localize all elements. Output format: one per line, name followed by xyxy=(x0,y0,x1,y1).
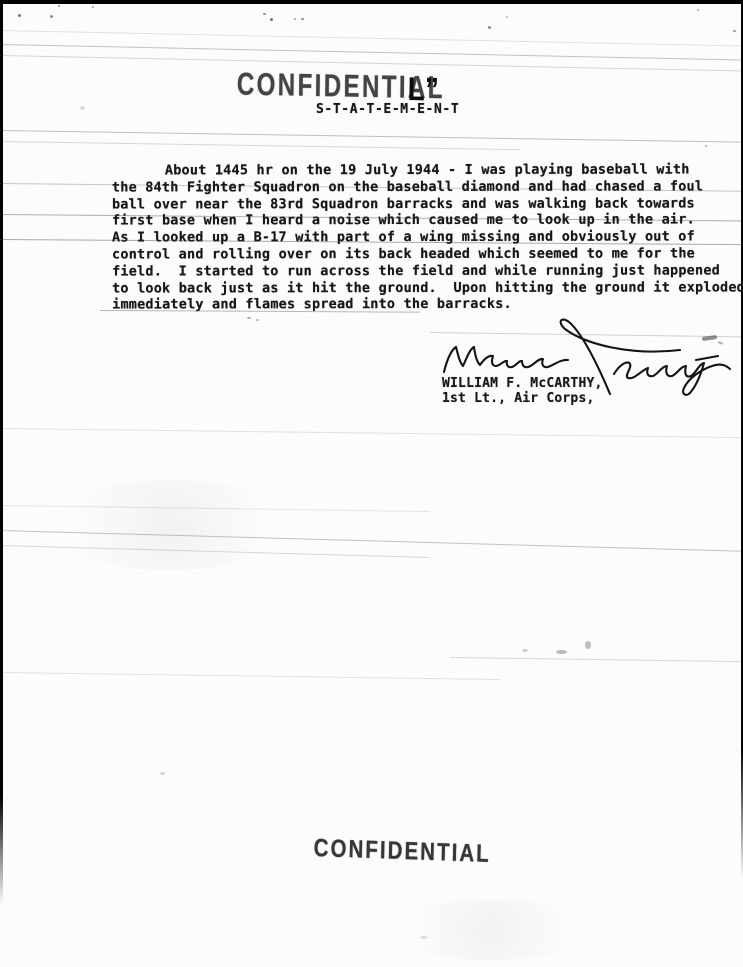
paper-speck xyxy=(256,319,259,321)
paper-speck xyxy=(263,13,266,15)
paper-blotch xyxy=(40,480,300,570)
body-line: first base when I heard a noise which ca… xyxy=(112,212,720,230)
scan-edge-left xyxy=(0,0,3,905)
paper-speck xyxy=(50,15,53,18)
paper-speck xyxy=(92,6,94,8)
statement-title: S-T-A-T-E-M-E-N-T xyxy=(316,102,459,117)
scan-line-artifact xyxy=(450,657,743,662)
document-page: CONFIDENTIAL L” S-T-A-T-E-M-E-N-T About … xyxy=(0,0,743,967)
body-line: control and rolling over on its back hea… xyxy=(112,245,720,263)
paper-speck xyxy=(522,649,528,652)
scan-line-artifact xyxy=(0,428,743,438)
paper-speck xyxy=(270,18,273,21)
typed-signature-name: WILLIAM F. McCARTHY, xyxy=(442,376,603,391)
body-line: field. I started to run across the field… xyxy=(112,262,720,280)
confidential-stamp-bottom: CONFIDENTIAL xyxy=(313,834,491,869)
signature-block: WILLIAM F. McCARTHY, 1st Lt., Air Corps, xyxy=(430,310,742,410)
paper-blotch xyxy=(380,900,600,960)
paper-speck xyxy=(697,9,699,11)
paper-speck xyxy=(705,145,707,147)
paper-speck xyxy=(420,936,428,939)
paper-speck xyxy=(301,18,304,20)
paper-speck xyxy=(247,317,251,319)
body-line: About 1445 hr on the 19 July 1944 - I wa… xyxy=(112,161,720,179)
paper-speck xyxy=(585,641,591,649)
body-line: to look back just as it hit the ground. … xyxy=(112,279,720,297)
typed-signature-rank: 1st Lt., Air Corps, xyxy=(442,391,595,406)
paper-speck xyxy=(80,106,85,110)
paper-speck xyxy=(18,14,21,17)
scan-edge-top xyxy=(0,0,743,4)
scan-line-artifact xyxy=(0,141,520,150)
paper-speck xyxy=(160,772,165,775)
paper-speck xyxy=(294,18,296,20)
scan-line-artifact xyxy=(0,130,743,143)
paper-speck xyxy=(733,30,736,32)
body-line: ball over near the 83rd Squadron barrack… xyxy=(112,195,720,213)
scan-line-artifact xyxy=(0,30,743,47)
scan-line-artifact xyxy=(0,672,500,680)
paper-speck xyxy=(488,26,491,29)
paper-speck xyxy=(506,16,508,18)
paper-speck xyxy=(556,650,567,654)
paper-speck xyxy=(58,5,60,7)
